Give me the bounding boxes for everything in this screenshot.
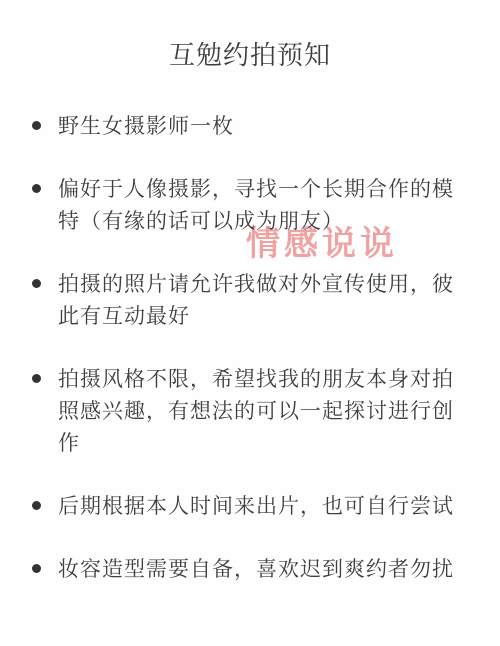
list-item: 偏好于人像摄影，寻找一个长期合作的模 特（有缘的话可以成为朋友） [58, 173, 458, 237]
page-title: 互勉约拍预知 [0, 40, 500, 72]
list-item-line: 此有互动最好 [58, 300, 458, 332]
list-item-line: 拍摄风格不限，希望找我的朋友本身对拍 [58, 363, 458, 395]
list-item-line: 妆容造型需要自备，喜欢迟到爽约者勿扰 [58, 553, 458, 585]
bullet-dot [32, 501, 41, 510]
list-item: 拍摄的照片请允许我做对外宣传使用，彼 此有互动最好 [58, 268, 458, 332]
list-item-line: 特（有缘的话可以成为朋友） [58, 205, 458, 237]
list-item-line: 作 [58, 427, 458, 459]
bullet-dot [32, 121, 41, 130]
page: 互勉约拍预知 情感说说 野生女摄影师一枚 偏好于人像摄影，寻找一个长期合作的模 … [0, 0, 500, 646]
list-item-line: 后期根据本人时间来出片，也可自行尝试 [58, 490, 458, 522]
list-item-line: 偏好于人像摄影，寻找一个长期合作的模 [58, 173, 458, 205]
list-item: 拍摄风格不限，希望找我的朋友本身对拍 照感兴趣，有想法的可以一起探讨进行创 作 [58, 363, 458, 459]
bullet-dot [32, 374, 41, 383]
list-item: 后期根据本人时间来出片，也可自行尝试 [58, 490, 458, 522]
list-item-line: 照感兴趣，有想法的可以一起探讨进行创 [58, 395, 458, 427]
bullet-dot [32, 564, 41, 573]
list-item: 妆容造型需要自备，喜欢迟到爽约者勿扰 [58, 553, 458, 585]
bullet-list: 野生女摄影师一枚 偏好于人像摄影，寻找一个长期合作的模 特（有缘的话可以成为朋友… [58, 110, 458, 616]
bullet-dot [32, 184, 41, 193]
bullet-dot [32, 279, 41, 288]
list-item-line: 拍摄的照片请允许我做对外宣传使用，彼 [58, 268, 458, 300]
list-item-line: 野生女摄影师一枚 [58, 110, 458, 142]
list-item: 野生女摄影师一枚 [58, 110, 458, 142]
